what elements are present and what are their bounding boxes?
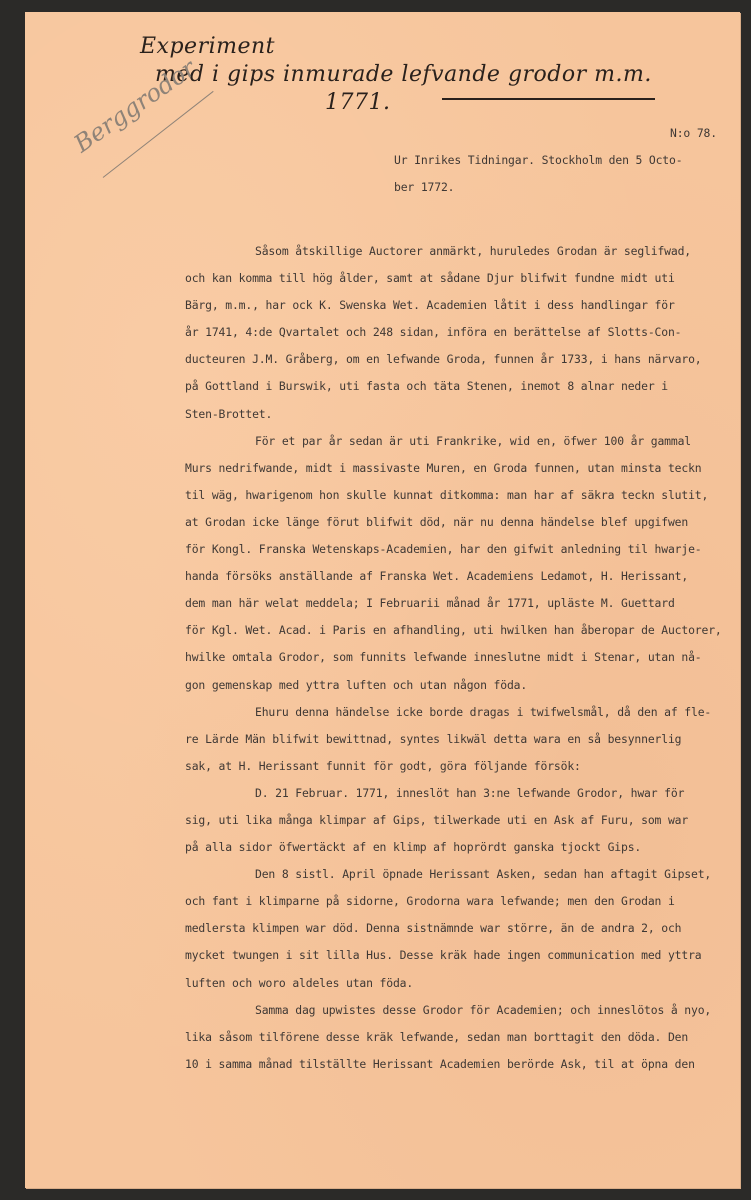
source-line-1: Ur Inrikes Tidningar. Stockholm den 5 Oc… [394, 147, 682, 174]
source-line-2: ber 1772. [394, 174, 682, 201]
text-line: dem man här welat meddela; I Februarii m… [185, 590, 745, 617]
text-line: handa försöks anställande af Franska Wet… [185, 563, 745, 590]
text-line: och fant i klimparne på sidorne, Grodorn… [185, 888, 745, 915]
text-line: för Kongl. Franska Wetenskaps-Academien,… [185, 536, 745, 563]
text-line: til wäg, hwarigenom hon skulle kunnat di… [185, 482, 745, 509]
text-line: gon gemenskap med yttra luften och utan … [185, 672, 745, 699]
text-line: D. 21 Februar. 1771, inneslöt han 3:ne l… [185, 780, 745, 807]
text-line: på alla sidor öfwertäckt af en klimp af … [185, 834, 745, 861]
text-line: 10 i samma månad tilställte Herissant Ac… [185, 1051, 745, 1078]
document-page: Experiment med i gips inmurade lefvande … [25, 12, 740, 1188]
text-line: at Grodan icke länge förut blifwit död, … [185, 509, 745, 536]
handwritten-title-line2: med i gips inmurade lefvande grodor m.m. [155, 62, 652, 87]
pencil-annotation: Berggrodor [69, 54, 201, 158]
text-line: lika såsom tilförene desse kräk lefwande… [185, 1024, 745, 1051]
body-text: Såsom åtskillige Auctorer anmärkt, hurul… [185, 238, 745, 1078]
document-number: N:o 78. [670, 126, 717, 140]
handwritten-title-year: 1771. [325, 90, 390, 115]
handwritten-title-line1: Experiment [140, 34, 275, 59]
text-line: för Kgl. Wet. Acad. i Paris en afhandlin… [185, 617, 745, 644]
text-line: Ehuru denna händelse icke borde dragas i… [185, 699, 745, 726]
text-line: För et par år sedan är uti Frankrike, wi… [185, 428, 745, 455]
text-line: hwilke omtala Grodor, som funnits lefwan… [185, 644, 745, 671]
text-line: ducteuren J.M. Gråberg, om en lefwande G… [185, 346, 745, 373]
text-line: sig, uti lika många klimpar af Gips, til… [185, 807, 745, 834]
text-line: Samma dag upwistes desse Grodor för Acad… [185, 997, 745, 1024]
text-line: medlersta klimpen war död. Denna sistnäm… [185, 915, 745, 942]
text-line: Sten-Brottet. [185, 401, 745, 428]
text-line: Den 8 sistl. April öpnade Herissant Aske… [185, 861, 745, 888]
source-citation: Ur Inrikes Tidningar. Stockholm den 5 Oc… [394, 147, 682, 201]
text-line: Bärg, m.m., har ock K. Swenska Wet. Acad… [185, 292, 745, 319]
text-line: re Lärde Män blifwit bewittnad, syntes l… [185, 726, 745, 753]
text-line: luften och woro aldeles utan föda. [185, 970, 745, 997]
text-line: Murs nedrifwande, midt i massivaste Mure… [185, 455, 745, 482]
text-line: Såsom åtskillige Auctorer anmärkt, hurul… [185, 238, 745, 265]
text-line: på Gottland i Burswik, uti fasta och tät… [185, 373, 745, 400]
text-line: och kan komma till hög ålder, samt at så… [185, 265, 745, 292]
text-line: mycket twungen i sit lilla Hus. Desse kr… [185, 942, 745, 969]
text-line: år 1741, 4:de Qvartalet och 248 sidan, i… [185, 319, 745, 346]
title-underline [442, 98, 655, 100]
text-line: sak, at H. Herissant funnit för godt, gö… [185, 753, 745, 780]
